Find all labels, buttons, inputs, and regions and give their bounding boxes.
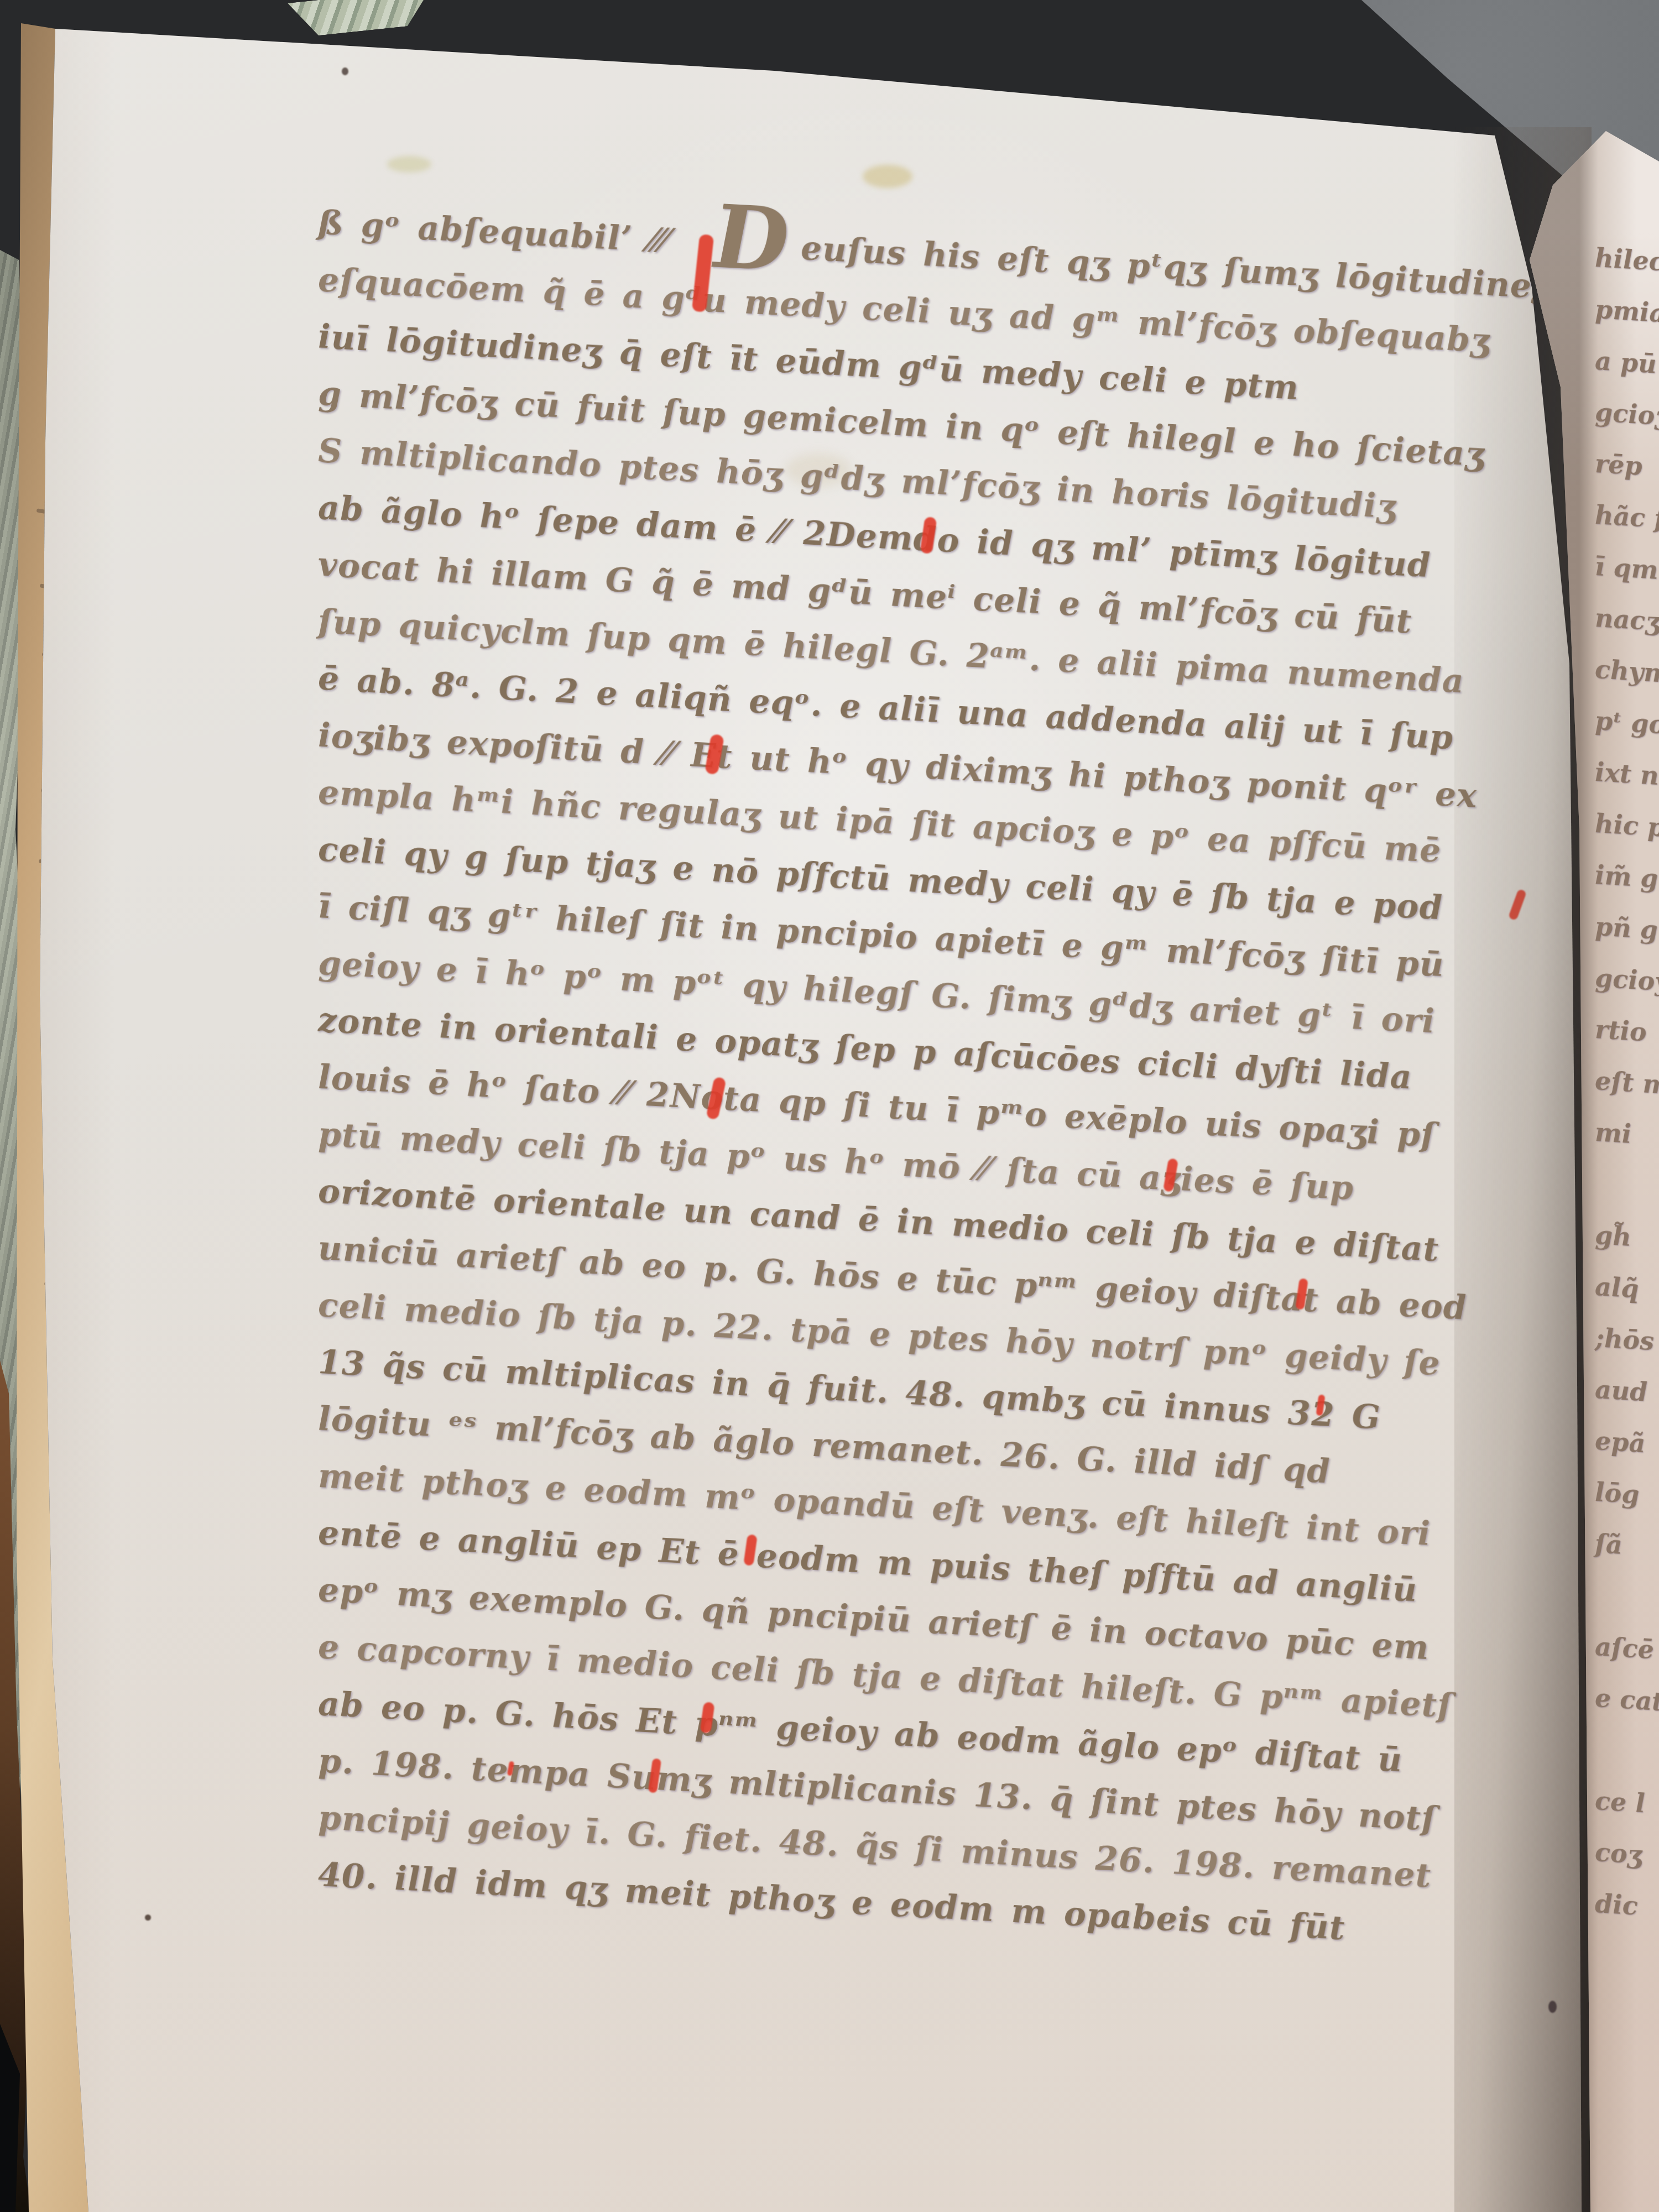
facing-page-line: ſã xyxy=(1595,1518,1659,1574)
facing-page-line: pñ g xyxy=(1595,901,1659,957)
facing-page-line: ixt nē xyxy=(1595,747,1659,802)
facing-page-line: rtio xyxy=(1595,1004,1659,1060)
facing-page-line: aud xyxy=(1595,1364,1659,1420)
facing-page-line: nacʒ xyxy=(1595,592,1659,648)
facing-page-line: rēp xyxy=(1595,438,1659,494)
facing-page-line: ce l xyxy=(1595,1775,1659,1831)
facing-page-line: a pū xyxy=(1595,335,1659,391)
facing-page-line: epã xyxy=(1595,1415,1659,1471)
facing-page-text: hilecſ pmia a pū gcioʒ rēp hãc ſ ī qm na… xyxy=(1595,232,1659,1934)
facing-page-line: chym xyxy=(1595,644,1659,700)
stain xyxy=(387,156,431,173)
facing-page-line: e cat xyxy=(1595,1672,1659,1728)
ink-speck xyxy=(342,67,348,75)
facing-page-line xyxy=(1595,1724,1659,1780)
illuminated-initial: D xyxy=(713,185,790,291)
photo-of-manuscript: { "photo": { "background_color": "#28292… xyxy=(0,0,1659,2212)
facing-page-line: ī qm xyxy=(1595,541,1659,597)
facing-page-line: hilecſ xyxy=(1595,232,1659,288)
facing-page-line: aſcē xyxy=(1595,1621,1659,1677)
catchword-text: ß gᵒ abſequabilʼ ⁄⁄⁄ xyxy=(318,204,668,260)
facing-page-line: pᵗ go xyxy=(1595,695,1659,751)
facing-page-line: gcioy xyxy=(1595,952,1659,1008)
facing-page-line: pmia xyxy=(1595,284,1659,340)
facing-page-line: mi xyxy=(1595,1107,1659,1162)
ink-speck xyxy=(145,1914,151,1921)
facing-page-line: hic pē xyxy=(1595,798,1659,854)
facing-page-line: gh̃ xyxy=(1595,1209,1659,1265)
facing-page-line xyxy=(1595,1569,1659,1625)
facing-page-line: lōg xyxy=(1595,1467,1659,1522)
facing-page-line xyxy=(1595,1158,1659,1214)
facing-page-line: dic xyxy=(1595,1878,1659,1934)
stain xyxy=(863,165,912,188)
facing-page-line: gcioʒ xyxy=(1595,387,1659,442)
text-block: ß gᵒ abſequabilʼ ⁄⁄⁄Deuſus his eſt qʒ pᵗ… xyxy=(318,195,1543,1968)
facing-page-line: alq̃ xyxy=(1595,1261,1659,1317)
bookmark-ribbon xyxy=(274,0,448,40)
facing-page-line: hãc ſ xyxy=(1595,489,1659,545)
facing-page-line: eſt m xyxy=(1595,1055,1659,1111)
facing-page-line: im̃ g xyxy=(1595,849,1659,905)
facing-page-line: ;hōs xyxy=(1595,1312,1659,1368)
facing-page-line: coʒ xyxy=(1595,1827,1659,1882)
manuscript-page: ß gᵒ abſequabilʼ ⁄⁄⁄Deuſus his eſt qʒ pᵗ… xyxy=(0,0,1659,2212)
